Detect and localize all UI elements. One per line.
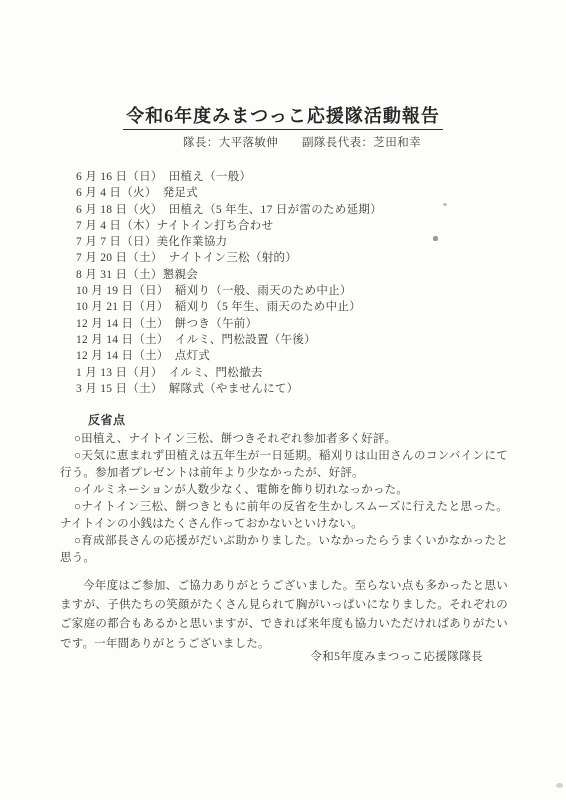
report-title: 令和6年度みまつっこ応援隊活動報告 [123,102,443,130]
scan-speck [443,203,447,206]
scan-speck [556,783,563,788]
event-line: 12 月 14 日（土） 点灯式 [76,348,526,364]
event-line: 10 月 21 日（月） 稲刈り（5 年生、雨天のため中止） [76,299,526,315]
reflections-heading: 反省点 [88,411,126,428]
reflection-item: ○ナイトイン三松、餅つきともに前年の反省を生かしスムーズに行えたと思った。ナイト… [60,499,508,533]
event-line: 6 月 4 日（火） 発足式 [76,185,526,201]
event-line: 10 月 19 日（日） 稲刈り（一般、雨天のため中止） [76,283,526,299]
title-row: 令和6年度みまつっこ応援隊活動報告 [0,102,566,130]
event-line: 1 月 13 日（月） イルミ、門松撤去 [76,365,526,381]
event-line: 7 月 20 日（土） ナイトイン三松（射的） [76,250,526,266]
event-line: 12 月 14 日（土） 餅つき（午前） [76,316,526,332]
event-line: 6 月 16 日（日） 田植え（一般） [76,169,526,185]
event-line: 8 月 31 日（土）懇親会 [76,267,526,283]
event-list: 6 月 16 日（日） 田植え（一般） 6 月 4 日（火） 発足式 6 月 1… [76,169,526,397]
reflection-item: ○天気に恵まれず田植えは五年生が一日延期。稲刈りは山田さんのコンバインにて行う。… [60,448,508,482]
closing-paragraph: 今年度はご参加、ご協力ありがとうございました。至らない点も多かったと思いますが、… [60,577,508,654]
event-line: 7 月 4 日（木）ナイトイン打ち合わせ [76,218,526,234]
reflection-item: ○田植え、ナイトイン三松、餅つきそれぞれ参加者多く好評。 [60,431,508,448]
scan-speck [433,236,438,241]
signature-line: 令和5年度みまつっこ応援隊隊長 [60,648,508,664]
reflections-list: ○田植え、ナイトイン三松、餅つきそれぞれ参加者多く好評。 ○天気に恵まれず田植え… [60,431,508,567]
event-line: 3 月 15 日（土） 解隊式（やませんにて） [76,381,526,397]
reflection-item: ○イルミネーションが人数少なく、電飾を飾り切れなっかった。 [60,482,508,499]
leaders-line: 隊長：大平落敏伸 副隊長代表：芝田和幸 [19,134,566,150]
event-line: 7 月 7 日（日）美化作業協力 [76,234,526,250]
event-line: 12 月 14 日（土） イルミ、門松設置（午後） [76,332,526,348]
scanned-report-page: 令和6年度みまつっこ応援隊活動報告 隊長：大平落敏伸 副隊長代表：芝田和幸 6 … [0,0,566,800]
reflection-item: ○育成部長さんの応援がだいぶ助かりました。いなかったらうまくいかなかったと思う。 [60,533,508,567]
event-line: 6 月 18 日（火） 田植え（5 年生、17 日が雷のため延期） [76,202,526,218]
